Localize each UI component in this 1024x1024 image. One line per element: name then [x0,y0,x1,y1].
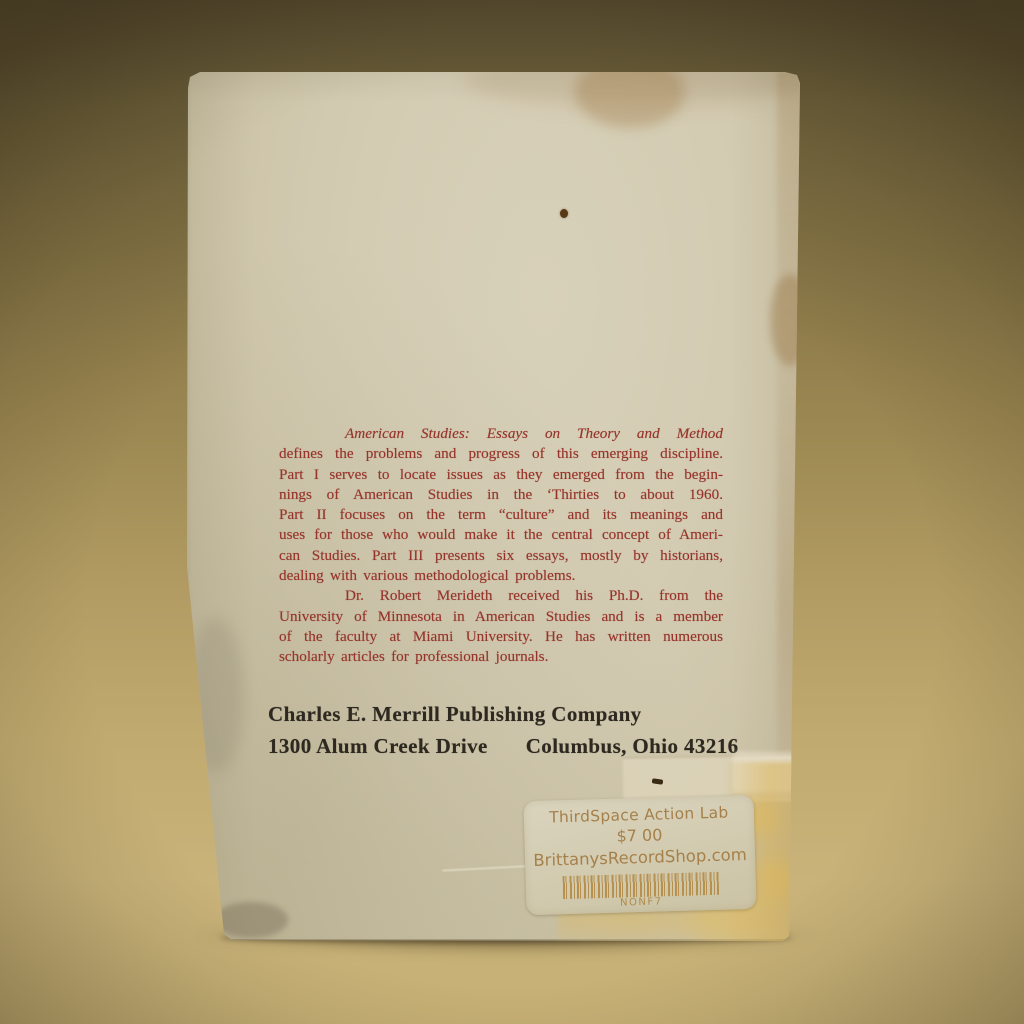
cover-smudge [214,902,288,938]
blurb-line: defines the problems and progress of thi… [279,444,723,464]
publisher-address: 1300 Alum Creek Drive [268,734,488,759]
back-cover-blurb: American Studies: Essays on Theory and M… [279,424,723,668]
price-sticker: ThirdSpace Action Lab $7 00 BrittanysRec… [523,795,756,915]
publisher-name: Charles E. Merrill Publishing Company [268,702,739,727]
sticker-price: $7 00 [524,823,754,848]
barcode [563,872,720,899]
blurb-line: Part I serves to locate issues as they e… [279,465,723,485]
blurb-line: dealing with various methodological prob… [279,566,723,586]
blurb-line: uses for those who would make it the cen… [279,525,723,545]
book-back-cover: American Studies: Essays on Theory and M… [180,66,806,944]
sticker-website: BrittanysRecordShop.com [525,845,755,870]
publisher-address-line: 1300 Alum Creek Drive Columbus, Ohio 432… [268,734,739,759]
publisher-block: Charles E. Merrill Publishing Company 13… [268,702,739,759]
photo-scene: American Studies: Essays on Theory and M… [0,0,1024,1024]
blurb-line: can Studies. Part III presents six essay… [279,546,723,566]
blurb-title-line: American Studies: Essays on Theory and M… [279,424,723,444]
blurb-line: Dr. Robert Merideth received his Ph.D. f… [279,586,723,606]
blurb-line: scholarly articles for professional jour… [279,647,723,667]
blurb-line: University of Minnesota in American Stud… [279,607,723,627]
blurb-line: Part II focuses on the term “culture” an… [279,505,723,525]
ink-dot [560,209,568,218]
blurb-line: nings of American Studies in the ‘Thirti… [279,485,723,505]
blurb-line: of the faculty at Miami University. He h… [279,627,723,647]
